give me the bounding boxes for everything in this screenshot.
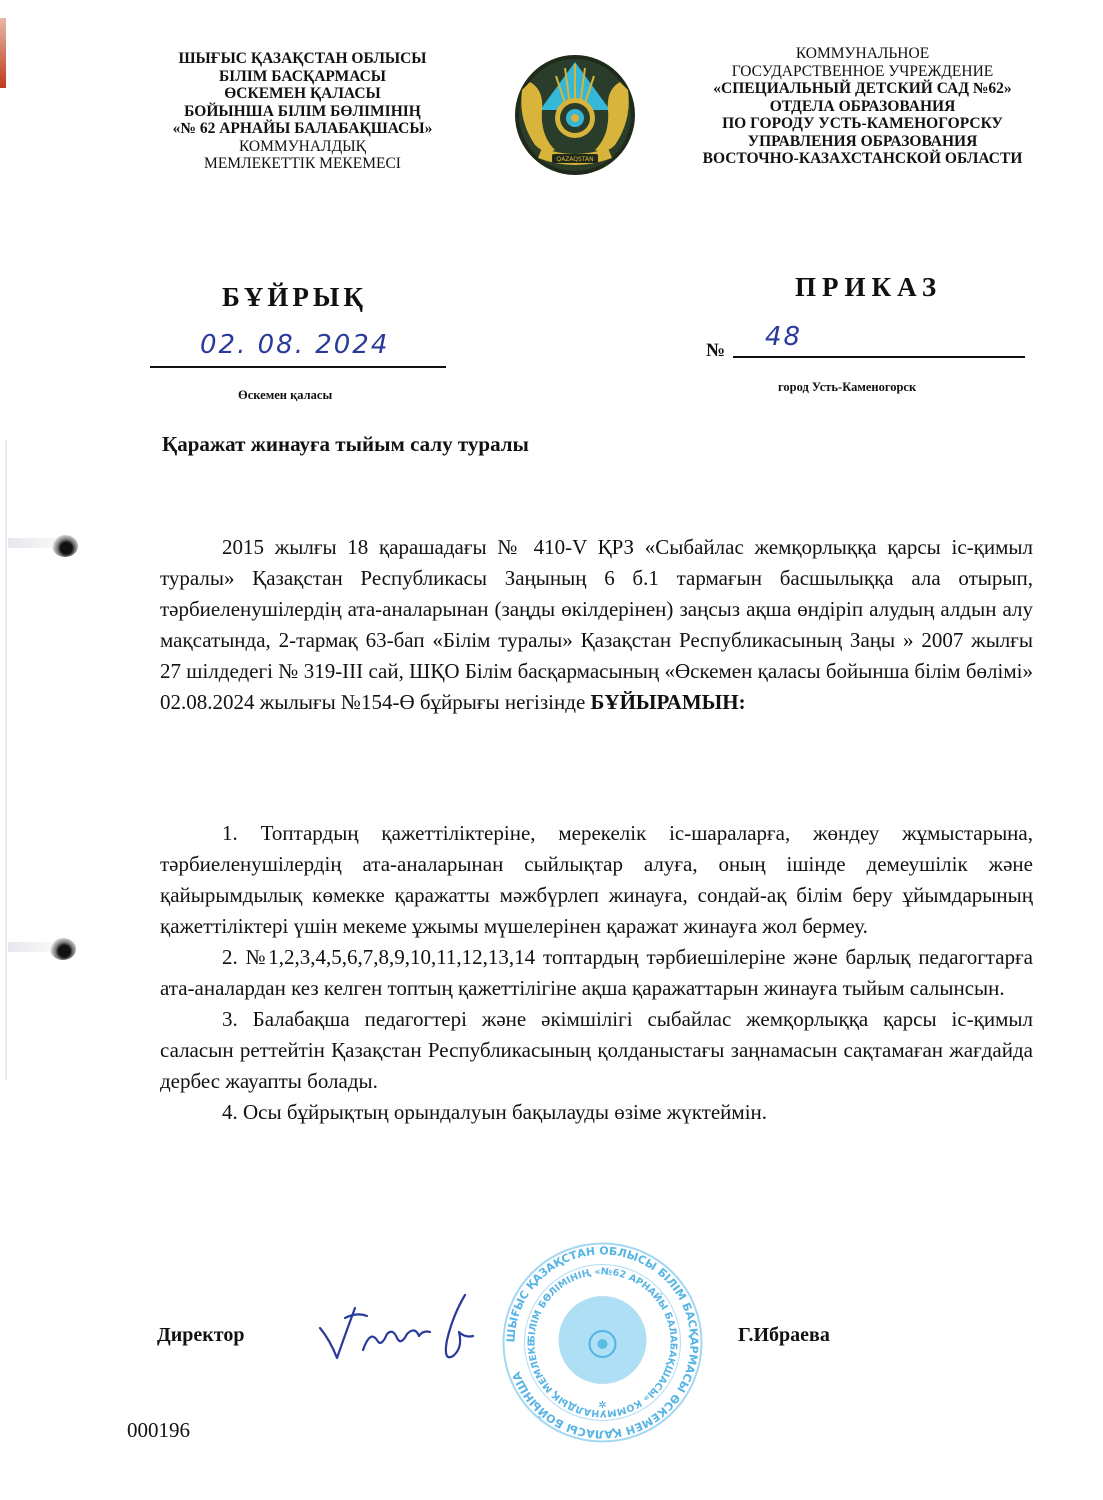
binder-hole-icon <box>52 535 78 557</box>
order-subject: Қаражат жинауға тыйым салу туралы <box>162 432 529 457</box>
org-header-line: ОТДЕЛА ОБРАЗОВАНИЯ <box>665 98 1060 116</box>
org-header-line: УПРАВЛЕНИЯ ОБРАЗОВАНИЯ <box>665 133 1060 151</box>
org-header-line: КОММУНАЛЬНОЕ <box>665 45 1060 63</box>
org-header-line: ӨСКЕМЕН ҚАЛАСЫ <box>130 85 475 103</box>
order-item-4: 4. Осы бұйрықтың орындалуын бақылауды өз… <box>160 1097 1033 1128</box>
org-header-ru: КОММУНАЛЬНОЕ ГОСУДАРСТВЕННОЕ УЧРЕЖДЕНИЕ … <box>665 45 1060 168</box>
city-ru: город Усть-Каменогорск <box>778 380 916 395</box>
order-number: 48 <box>765 322 802 352</box>
scan-edge-mark <box>0 18 6 88</box>
org-header-line: ВОСТОЧНО-КАЗАХСТАНСКОЙ ОБЛАСТИ <box>665 150 1060 168</box>
binder-hole-shadow <box>8 942 56 952</box>
document-serial-number: 000196 <box>127 1418 190 1443</box>
org-header-line: БІЛІМ БАСҚАРМАСЫ <box>130 68 475 86</box>
order-items: 1. Топтардың қажеттіліктеріне, мерекелік… <box>160 818 1033 1128</box>
signer-name: Г.Ибраева <box>738 1324 830 1347</box>
order-item-3: 3. Балабақша педагогтері және әкімшілігі… <box>160 1004 1033 1097</box>
org-header-line: ГОСУДАРСТВЕННОЕ УЧРЕЖДЕНИЕ <box>665 63 1060 81</box>
handwritten-signature-icon <box>315 1290 475 1370</box>
command-word: БҰЙЫРАМЫН: <box>591 690 746 714</box>
date-underline <box>150 366 446 368</box>
preamble-text-span: 2015 жылғы 18 қарашадағы № 410-V ҚРЗ «Сы… <box>160 535 1033 714</box>
signer-position: Директор <box>157 1324 245 1347</box>
official-stamp-icon: ШЫҒЫС ҚАЗАҚСТАН ОБЛЫСЫ БІЛІМ БАСҚАРМАСЫ … <box>500 1240 705 1445</box>
order-number-label: № <box>706 340 725 362</box>
org-header-line: БОЙЫНША БІЛІМ БӨЛІМІНІҢ <box>130 103 475 121</box>
org-header-line: «СПЕЦИАЛЬНЫЙ ДЕТСКИЙ САД №62» <box>665 80 1060 98</box>
org-header-kz: ШЫҒЫС ҚАЗАҚСТАН ОБЛЫСЫ БІЛІМ БАСҚАРМАСЫ … <box>130 50 475 173</box>
order-date: 02. 08. 2024 <box>200 330 389 360</box>
binder-hole-icon <box>50 938 76 960</box>
page-edge-shadow <box>5 440 7 1080</box>
org-header-line: КОММУНАЛДЫҚ <box>130 138 475 156</box>
svg-text:✲: ✲ <box>598 1400 606 1411</box>
org-header-line: ШЫҒЫС ҚАЗАҚСТАН ОБЛЫСЫ <box>130 50 475 68</box>
order-preamble: 2015 жылғы 18 қарашадағы № 410-V ҚРЗ «Сы… <box>160 532 1033 718</box>
org-header-line: ПО ГОРОДУ УСТЬ-КАМЕНОГОРСКУ <box>665 115 1060 133</box>
state-emblem-icon: QAZAQSTAN <box>500 50 650 180</box>
preamble-text: 2015 жылғы 18 қарашадағы № 410-V ҚРЗ «Сы… <box>160 532 1033 718</box>
number-underline <box>733 356 1025 358</box>
order-title-kz: БҰЙРЫҚ <box>222 282 367 313</box>
svg-text:QAZAQSTAN: QAZAQSTAN <box>556 156 593 163</box>
city-kz: Өскемен қаласы <box>238 388 332 403</box>
org-header-line: МЕМЛЕКЕТТІК МЕКЕМЕСІ <box>130 155 475 173</box>
order-item-2: 2. №1,2,3,4,5,6,7,8,9,10,11,12,13,14 топ… <box>160 942 1033 1004</box>
order-item-1: 1. Топтардың қажеттіліктеріне, мерекелік… <box>160 818 1033 942</box>
org-header-line: «№ 62 АРНАЙЫ БАЛАБАҚШАСЫ» <box>130 120 475 138</box>
order-title-ru: ПРИКАЗ <box>795 272 942 303</box>
